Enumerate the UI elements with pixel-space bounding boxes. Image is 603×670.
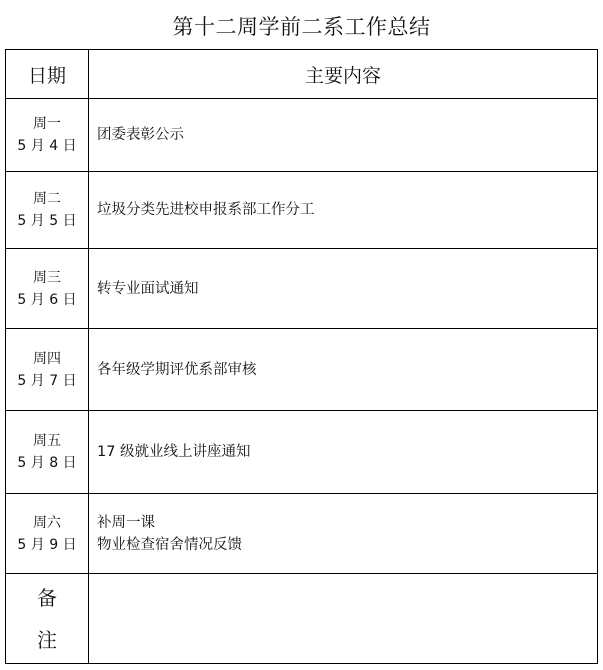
weekday: 周四	[6, 348, 88, 370]
table-row: 周四 5 月 7 日 各年级学期评优系部审核	[6, 329, 598, 411]
weekday: 周五	[6, 430, 88, 452]
date-cell: 周五 5 月 8 日	[6, 411, 89, 494]
date: 5 月 6 日	[6, 289, 88, 311]
header-date: 日期	[6, 50, 89, 99]
table-row: 周五 5 月 8 日 17 级就业线上讲座通知	[6, 411, 598, 494]
content-cell: 补周一课 物业检查宿舍情况反馈	[89, 494, 598, 574]
header-row: 日期 主要内容	[6, 50, 598, 99]
weekly-summary-table: 日期 主要内容 周一 5 月 4 日 团委表彰公示 周二 5 月 5 日 垃圾分…	[5, 49, 598, 664]
table-row: 周二 5 月 5 日 垃圾分类先进校申报系部工作分工	[6, 172, 598, 249]
notes-row: 备 注	[6, 574, 598, 664]
date-cell: 周六 5 月 9 日	[6, 494, 89, 574]
content-cell: 垃圾分类先进校申报系部工作分工	[89, 172, 598, 249]
content-item: 各年级学期评优系部审核	[97, 359, 597, 381]
date-cell: 周三 5 月 6 日	[6, 249, 89, 329]
table-row: 周一 5 月 4 日 团委表彰公示	[6, 99, 598, 172]
content-cell: 团委表彰公示	[89, 99, 598, 172]
page-title: 第十二周学前二系工作总结	[0, 12, 603, 42]
content-cell: 各年级学期评优系部审核	[89, 329, 598, 411]
weekday: 周一	[6, 113, 88, 135]
content-item: 转专业面试通知	[97, 278, 597, 300]
weekday: 周三	[6, 267, 88, 289]
content-cell: 17 级就业线上讲座通知	[89, 411, 598, 494]
table-row: 周三 5 月 6 日 转专业面试通知	[6, 249, 598, 329]
date-cell: 周一 5 月 4 日	[6, 99, 89, 172]
notes-content	[89, 574, 598, 664]
content-item: 垃圾分类先进校申报系部工作分工	[97, 199, 597, 221]
header-content: 主要内容	[89, 50, 598, 99]
content-cell: 转专业面试通知	[89, 249, 598, 329]
notes-label-line1: 备	[6, 577, 88, 619]
date: 5 月 7 日	[6, 370, 88, 392]
content-item: 团委表彰公示	[97, 124, 597, 146]
date-cell: 周四 5 月 7 日	[6, 329, 89, 411]
table-row: 周六 5 月 9 日 补周一课 物业检查宿舍情况反馈	[6, 494, 598, 574]
notes-label-line2: 注	[6, 619, 88, 661]
notes-label: 备 注	[6, 574, 89, 664]
date: 5 月 4 日	[6, 135, 88, 157]
weekday: 周二	[6, 188, 88, 210]
date: 5 月 5 日	[6, 210, 88, 232]
content-item: 补周一课	[97, 512, 597, 534]
date: 5 月 9 日	[6, 534, 88, 556]
date: 5 月 8 日	[6, 452, 88, 474]
content-item: 17 级就业线上讲座通知	[97, 441, 597, 463]
content-item: 物业检查宿舍情况反馈	[97, 534, 597, 556]
weekday: 周六	[6, 512, 88, 534]
date-cell: 周二 5 月 5 日	[6, 172, 89, 249]
